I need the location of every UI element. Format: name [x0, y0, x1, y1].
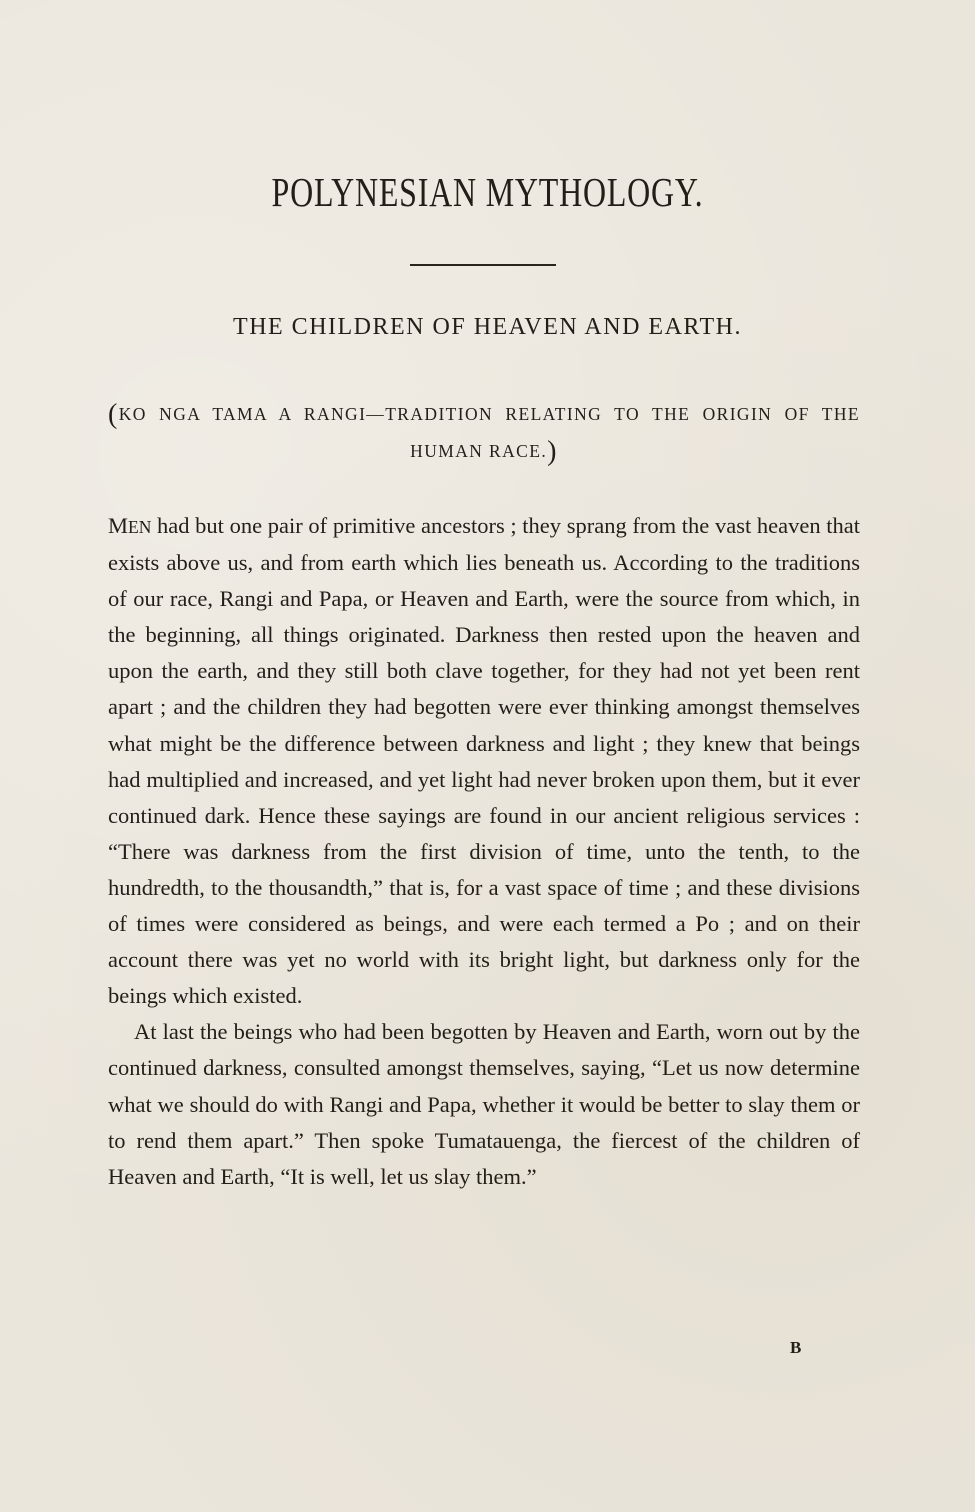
lead-smallcaps: EN	[128, 517, 151, 537]
book-page: POLYNESIAN MYTHOLOGY. THE CHILDREN OF HE…	[0, 0, 975, 1512]
subtitle-note-text: KO NGA TAMA A RANGI—TRADITION RELATING T…	[119, 404, 860, 461]
lead-cap: M	[108, 513, 128, 538]
signature-mark: B	[790, 1338, 801, 1358]
paragraph-1: MEN had but one pair of primitive ancest…	[108, 508, 860, 1014]
paragraph-2: At last the beings who had been begotten…	[108, 1014, 860, 1194]
close-paren: )	[547, 436, 558, 467]
paragraph-1-text: had but one pair of primitive ancestors …	[108, 513, 860, 1008]
page-title: POLYNESIAN MYTHOLOGY.	[107, 168, 868, 216]
body-text: MEN had but one pair of primitive ancest…	[108, 508, 860, 1195]
open-paren: (	[108, 399, 119, 430]
title-divider	[410, 264, 556, 266]
chapter-subtitle-note: (KO NGA TAMA A RANGI—TRADITION RELATING …	[108, 396, 860, 470]
chapter-title: THE CHILDREN OF HEAVEN AND EARTH.	[0, 314, 975, 341]
